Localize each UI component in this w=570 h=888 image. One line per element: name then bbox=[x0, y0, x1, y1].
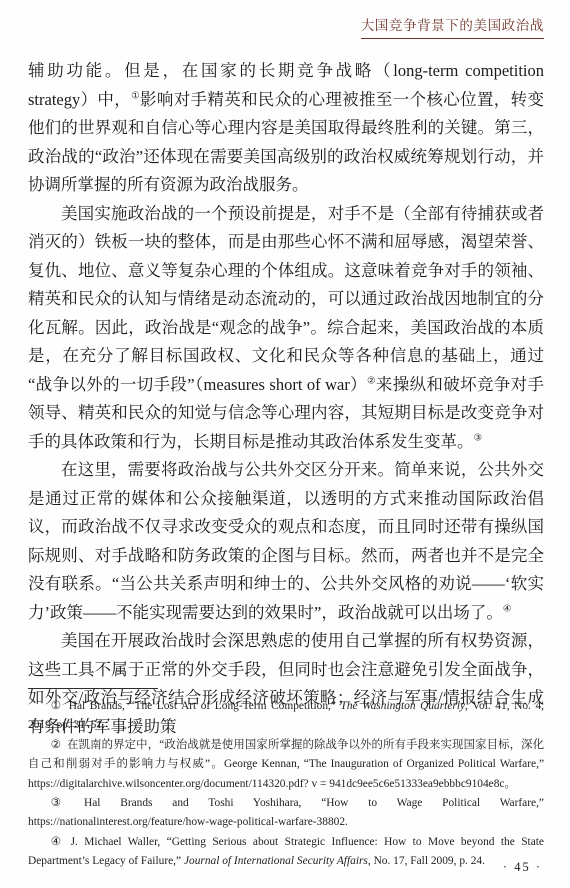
running-header: 大国竞争背景下的美国政治战 bbox=[361, 17, 544, 39]
running-title: 大国竞争背景下的美国政治战 bbox=[361, 18, 544, 39]
footnote-marker: ④ bbox=[51, 836, 65, 848]
footnote-ref: ② bbox=[367, 376, 376, 386]
document-page: 大国竞争背景下的美国政治战 辅助功能。但是，在国家的长期竞争战略（long-te… bbox=[0, 0, 570, 888]
text-run: , No. 17, Fall 2009, p. 24. bbox=[368, 855, 485, 867]
footnote-ref: ① bbox=[131, 91, 140, 101]
footnote-marker: ③ bbox=[51, 797, 78, 809]
italic-text-run: Journal of International Security Affair… bbox=[184, 855, 368, 867]
footnote-item: ②在凯南的界定中，“政治战就是使用国家所掌握的除战争以外的所有手段来实现国家目标… bbox=[28, 736, 544, 794]
footnote-ref: ④ bbox=[503, 604, 512, 614]
footnote-ref: ③ bbox=[474, 433, 483, 443]
italic-text-run: The Washington Quarterly bbox=[341, 700, 466, 712]
text-run: Hal Brands, “The Lost Art of Long-Term C… bbox=[69, 700, 341, 712]
footnote-marker: ② bbox=[51, 739, 61, 751]
footnote-item: ④J. Michael Waller, “Getting Serious abo… bbox=[28, 833, 544, 872]
body-text: 辅助功能。但是，在国家的长期竞争战略（long-term competition… bbox=[28, 57, 544, 741]
footnotes-list: ①Hal Brands, “The Lost Art of Long-Term … bbox=[28, 697, 544, 872]
footnotes-section: ①Hal Brands, “The Lost Art of Long-Term … bbox=[28, 688, 544, 872]
page-number: · 45 · bbox=[503, 860, 542, 875]
footnote-marker: ① bbox=[51, 700, 63, 712]
body-paragraph: 美国实施政治战的一个预设前提是，对手不是（全部有待捕获或者消灭的）铁板一块的整体… bbox=[28, 200, 544, 457]
text-run: Hal Brands and Toshi Yoshihara, “How to … bbox=[28, 797, 544, 828]
body-paragraph: 在这里，需要将政治战与公共外交区分开来。简单来说，公共外交是通过正常的媒体和公众… bbox=[28, 456, 544, 627]
text-run: 在凯南的界定中，“政治战就是使用国家所掌握的除战争以外的所有手段来实现国家目标，… bbox=[28, 739, 544, 790]
text-run: 美国实施政治战的一个预设前提是，对手不是（全部有待捕获或者消灭的）铁板一块的整体… bbox=[28, 204, 544, 394]
body-paragraph: 辅助功能。但是，在国家的长期竞争战略（long-term competition… bbox=[28, 57, 544, 200]
footnote-item: ③Hal Brands and Toshi Yoshihara, “How to… bbox=[28, 794, 544, 833]
text-run: 在这里，需要将政治战与公共外交区分开来。简单来说，公共外交是通过正常的媒体和公众… bbox=[28, 460, 544, 622]
footnote-separator bbox=[28, 688, 158, 689]
footnote-item: ①Hal Brands, “The Lost Art of Long-Term … bbox=[28, 697, 544, 736]
